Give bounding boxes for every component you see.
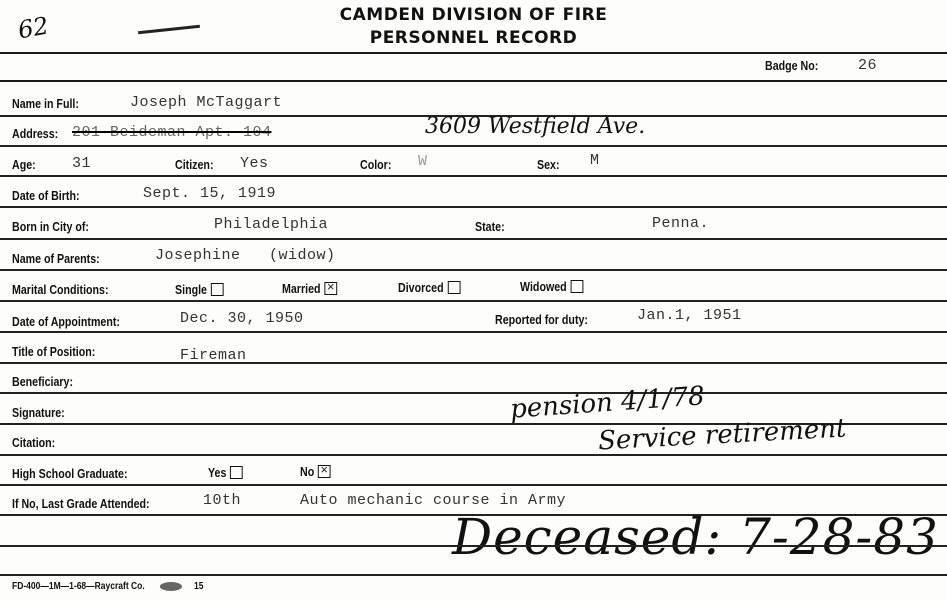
dob-label: Date of Birth: <box>12 188 80 203</box>
form-title-line2: PERSONNEL RECORD <box>0 28 947 48</box>
sex-value: M <box>590 152 600 169</box>
married-checkbox[interactable] <box>324 282 337 295</box>
state-label: State: <box>475 219 505 234</box>
rule <box>0 238 947 240</box>
divorced-checkbox[interactable] <box>447 281 460 294</box>
reported-value: Jan.1, 1951 <box>637 307 742 324</box>
retirement-note: Service retirement <box>597 414 847 457</box>
citizen-label: Citizen: <box>175 157 214 172</box>
marital-married-label: Married <box>282 281 321 296</box>
parents-value: Josephine (widow) <box>155 247 336 264</box>
address-handwritten-value: 3609 Westfield Ave. <box>425 114 645 139</box>
footer-form-id: FD-400—1M—1-68—Raycraft Co. <box>12 581 145 592</box>
marital-single[interactable]: Single <box>175 282 223 297</box>
last-grade-note: Auto mechanic course in Army <box>300 492 566 509</box>
appointment-label: Date of Appointment: <box>12 314 120 329</box>
signature-label: Signature: <box>12 405 65 420</box>
marital-married[interactable]: Married <box>282 281 336 296</box>
sex-label: Sex: <box>537 157 560 172</box>
rule <box>0 574 947 576</box>
rule <box>0 484 947 486</box>
rule <box>0 145 947 147</box>
hs-yes[interactable]: Yes <box>208 465 242 480</box>
age-label: Age: <box>12 157 36 172</box>
name-value: Joseph McTaggart <box>130 94 282 111</box>
hs-no-checkbox[interactable] <box>318 465 331 478</box>
color-label: Color: <box>360 157 391 172</box>
deceased-note: Deceased: 7-28-83 <box>452 508 939 566</box>
hs-yes-checkbox[interactable] <box>230 466 243 479</box>
marital-widowed[interactable]: Widowed <box>520 279 582 294</box>
rule <box>0 300 947 302</box>
address-label: Address: <box>12 126 58 141</box>
single-checkbox[interactable] <box>211 283 224 296</box>
badge-value: 26 <box>858 57 877 74</box>
position-label: Title of Position: <box>12 344 95 359</box>
rule <box>0 454 947 456</box>
appointment-value: Dec. 30, 1950 <box>180 310 304 327</box>
rule-badge <box>0 80 947 82</box>
beneficiary-label: Beneficiary: <box>12 374 73 389</box>
rule <box>0 331 947 333</box>
last-grade-label: If No, Last Grade Attended: <box>12 496 150 511</box>
citation-label: Citation: <box>12 435 55 450</box>
born-city-value: Philadelphia <box>214 216 328 233</box>
marital-divorced-label: Divorced <box>398 280 444 295</box>
widowed-checkbox[interactable] <box>571 280 584 293</box>
rule <box>0 206 947 208</box>
rule-top <box>0 52 947 54</box>
rule <box>0 545 947 547</box>
pension-note: pension 4/1/78 <box>509 381 705 425</box>
hs-yes-label: Yes <box>208 465 226 480</box>
state-value: Penna. <box>652 215 709 232</box>
name-label: Name in Full: <box>12 96 79 111</box>
reported-label: Reported for duty: <box>495 312 588 327</box>
rule <box>0 392 947 394</box>
badge-label: Badge No: <box>765 58 818 73</box>
printer-logo-icon <box>160 582 182 591</box>
rule <box>0 362 947 364</box>
marital-divorced[interactable]: Divorced <box>398 280 459 295</box>
hs-no[interactable]: No <box>300 464 330 479</box>
marital-single-label: Single <box>175 282 207 297</box>
parents-label: Name of Parents: <box>12 251 100 266</box>
marital-widowed-label: Widowed <box>520 279 567 294</box>
dob-value: Sept. 15, 1919 <box>143 185 276 202</box>
rule <box>0 269 947 271</box>
color-value: W <box>418 153 428 170</box>
last-grade-value: 10th <box>203 492 241 509</box>
footer-number: 15 <box>194 581 203 592</box>
hs-grad-label: High School Graduate: <box>12 466 127 481</box>
address-struck-value: 201 Beideman Apt. 104 <box>72 124 272 141</box>
form-title-line1: CAMDEN DIVISION OF FIRE <box>0 5 947 25</box>
citizen-value: Yes <box>240 155 269 172</box>
born-city-label: Born in City of: <box>12 219 89 234</box>
hs-no-label: No <box>300 464 314 479</box>
marital-label: Marital Conditions: <box>12 282 109 297</box>
form-footer: FD-400—1M—1-68—Raycraft Co.15 <box>12 581 204 592</box>
rule <box>0 175 947 177</box>
age-value: 31 <box>72 155 91 172</box>
